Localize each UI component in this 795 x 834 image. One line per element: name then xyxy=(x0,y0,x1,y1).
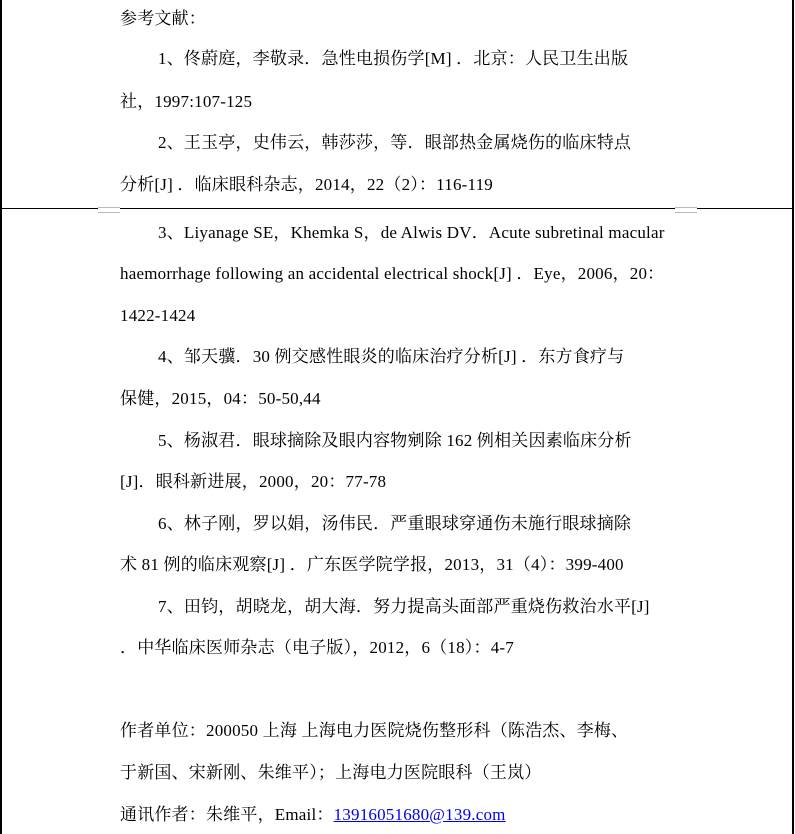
reference-line: 分析[J] ．临床眼科杂志，2014，22（2）：116-119 xyxy=(120,175,493,195)
reference-line: 术 81 例的临床观察[J] ．广东医学院学报，2013，31（4）：399-4… xyxy=(120,555,624,575)
reference-line: 社，1997:107-125 xyxy=(120,92,252,112)
page-break-marker-left xyxy=(98,207,120,213)
references-heading: 参考文献： xyxy=(120,9,206,29)
affiliation-line: 作者单位：200050 上海 上海电力医院烧伤整形科（陈浩杰、李梅、 xyxy=(120,721,628,741)
reference-line: 2、王玉亭，史伟云，韩莎莎，等．眼部热金属烧伤的临床特点 xyxy=(158,133,631,153)
reference-line: 5、杨淑君．眼球摘除及眼内容物剜除 162 例相关因素临床分析 xyxy=(158,431,632,451)
reference-line: 1、佟蔚庭，李敬录．急性电损伤学[M] ．北京：人民卫生出版 xyxy=(158,49,628,69)
page-break-marker-right xyxy=(675,207,697,213)
page-border-left xyxy=(0,0,2,834)
reference-line: 1422-1424 xyxy=(120,306,195,326)
reference-line: [J]．眼科新进展，2000，20：77-78 xyxy=(120,472,386,492)
reference-line: haemorrhage following an accidental elec… xyxy=(120,264,664,284)
page-border-right xyxy=(792,0,794,834)
correspondence-line: 通讯作者：朱维平，Email：13916051680@139.com xyxy=(120,805,506,825)
reference-line: 保健，2015，04：50-50,44 xyxy=(120,389,321,409)
reference-line: 4、邹天骥．30 例交感性眼炎的临床治疗分析[J] ．东方食疗与 xyxy=(158,347,624,367)
affiliation-line: 于新国、宋新刚、朱维平）；上海电力医院眼科（王岚） xyxy=(120,763,542,783)
reference-line: 7、田钧，胡晓龙，胡大海．努力提高头面部严重烧伤救治水平[J] xyxy=(158,597,650,617)
reference-line: ．中华临床医师杂志（电子版），2012，6（18）：4-7 xyxy=(120,638,514,658)
reference-line: 6、林子刚，罗以娟，汤伟民．严重眼球穿通伤未施行眼球摘除 xyxy=(158,514,631,534)
reference-line: 3、Liyanage SE，Khemka S，de Alwis DV．Acute… xyxy=(158,223,665,243)
email-link[interactable]: 13916051680@139.com xyxy=(334,805,506,824)
correspondence-label: 通讯作者：朱维平，Email： xyxy=(120,805,334,824)
